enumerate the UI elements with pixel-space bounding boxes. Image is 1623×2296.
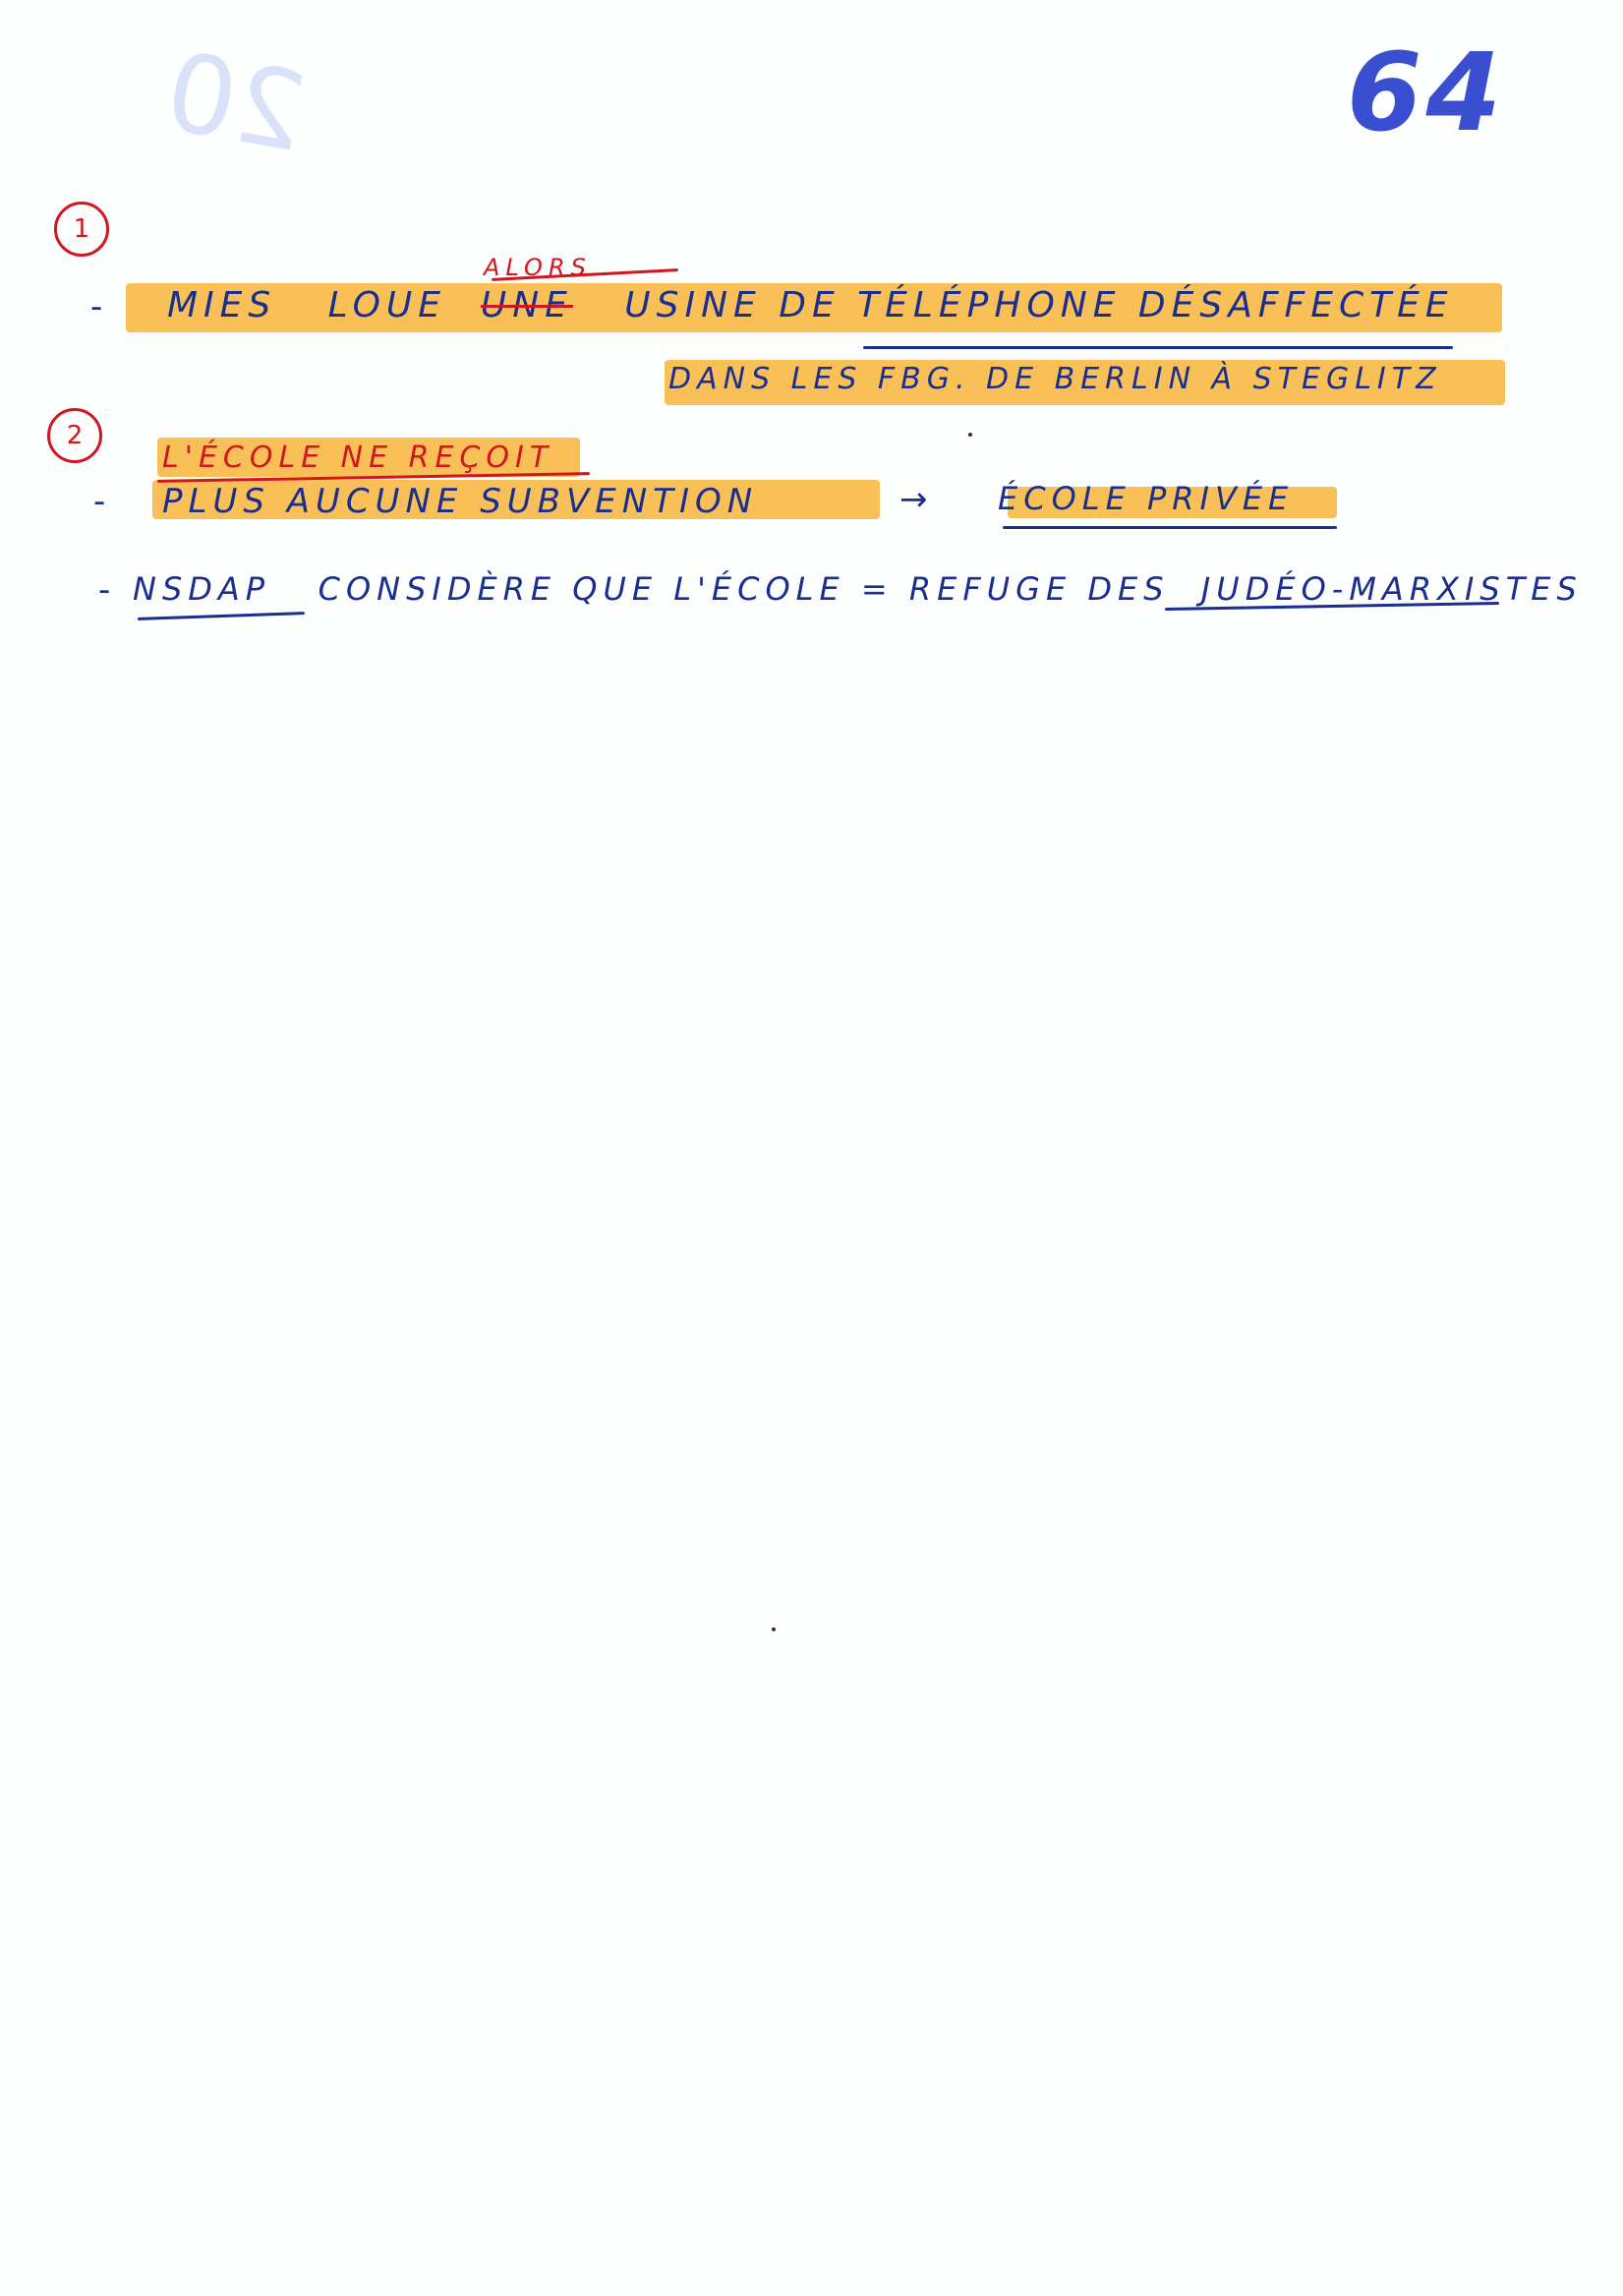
underline-ecole-privee — [1003, 526, 1337, 529]
section-marker-1: 1 — [54, 202, 109, 257]
bullet-dash: - — [90, 287, 102, 326]
section-2-line-2: NSDAP CONSIDÈRE QUE L'ÉCOLE = REFUGE DES… — [133, 570, 1583, 608]
line-1-rest: USINE DE TÉLÉPHONE DÉSAFFECTÉE — [624, 285, 1453, 325]
bullet-dash: - — [98, 570, 110, 610]
overline-line-2 — [863, 346, 1453, 349]
underline-nsdap — [138, 612, 305, 620]
section-marker-2: 2 — [47, 408, 102, 463]
insertion-ecole-ne-recoit: L'ÉCOLE NE REÇOIT — [162, 441, 553, 475]
ink-dot — [772, 1627, 776, 1631]
arrow-icon: → — [899, 480, 934, 519]
result-ecole-privee: ÉCOLE PRIVÉE — [998, 480, 1294, 517]
bullet-dash: - — [93, 482, 105, 521]
page-number: 64 — [1347, 29, 1505, 155]
section-1-line-1: MIES LOUE UNE USINE DE TÉLÉPHONE DÉSAFFE… — [167, 285, 1454, 325]
show-through-mark: 20 — [157, 29, 315, 176]
word-mies: MIES — [167, 285, 276, 325]
scanned-handwritten-page: 20 64 1 - MIES LOUE UNE USINE DE TÉLÉPHO… — [0, 0, 1623, 2296]
ink-dot — [968, 433, 972, 437]
struck-word: UNE — [481, 285, 573, 325]
section-2-line-1: PLUS AUCUNE SUBVENTION — [162, 482, 758, 521]
line-2-text: CONSIDÈRE QUE L'ÉCOLE = REFUGE DES — [319, 570, 1170, 608]
section-1-line-2: DANS LES FBG. DE BERLIN À STEGLITZ — [668, 362, 1442, 396]
word-judeo-marxistes: JUDÉO-MARXISTES — [1201, 570, 1583, 608]
word-nsdap: NSDAP — [133, 570, 270, 608]
word-loue: LOUE — [328, 285, 446, 325]
